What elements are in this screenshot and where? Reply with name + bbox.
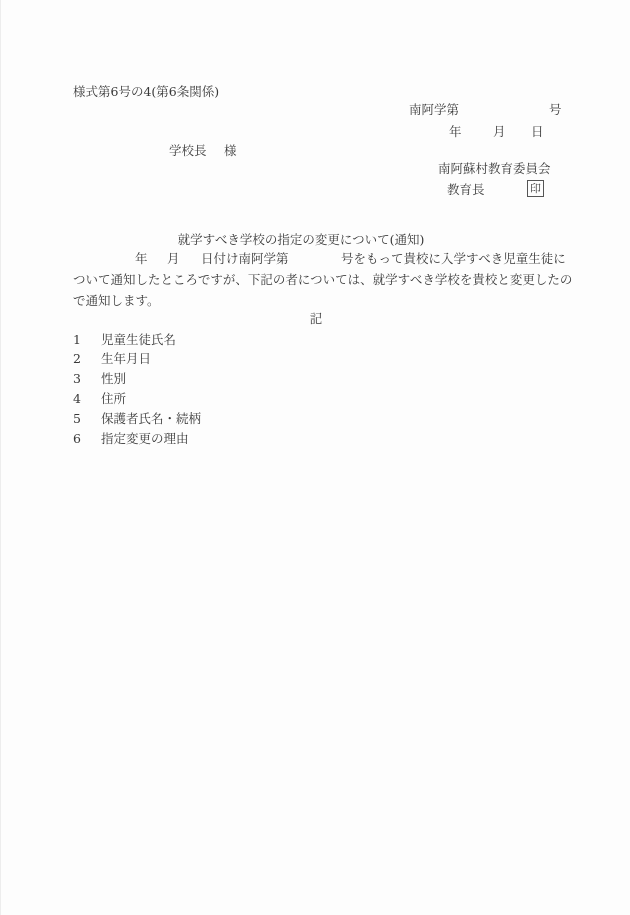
list-item: 4 住所 xyxy=(73,389,201,409)
addressee-title: 学校長 xyxy=(169,145,207,158)
item-number: 6 xyxy=(73,433,101,446)
date-day-label: 日 xyxy=(531,126,544,139)
list-item: 2 生年月日 xyxy=(73,350,201,370)
issuer-position: 教育長 xyxy=(447,184,485,197)
doc-number-unit: 号 xyxy=(549,104,562,117)
body-line1-month: 月 xyxy=(167,253,180,266)
form-number-label: 様式第6号の4(第6条関係) xyxy=(73,86,219,99)
list-item: 3 性別 xyxy=(73,370,201,390)
item-number: 2 xyxy=(73,353,101,366)
list-item: 5 保護者氏名・続柄 xyxy=(73,409,201,429)
subject-title: 就学すべき学校の指定の変更について(通知) xyxy=(1,234,601,247)
body-line3: で通知します。 xyxy=(73,295,160,308)
item-label: 児童生徒氏名 xyxy=(101,334,176,347)
body-line1-day-ref: 日付け南阿学第 xyxy=(201,253,289,266)
addressee-honorific: 様 xyxy=(224,145,237,158)
item-number: 5 xyxy=(73,413,101,426)
record-marker: 記 xyxy=(1,313,630,326)
body-line1-rest: 号をもって貴校に入学すべき児童生徒に xyxy=(341,253,566,266)
item-number: 1 xyxy=(73,334,101,347)
list-item: 6 指定変更の理由 xyxy=(73,429,201,449)
list-item: 1 児童生徒氏名 xyxy=(73,330,201,350)
item-number: 3 xyxy=(73,373,101,386)
item-label: 生年月日 xyxy=(101,353,151,366)
date-year-label: 年 xyxy=(449,126,462,139)
seal-mark-box: 印 xyxy=(527,180,544,197)
doc-number-prefix: 南阿学第 xyxy=(409,104,459,117)
document-page: 様式第6号の4(第6条関係) 南阿学第 号 年 月 日 学校長 様 南阿蘇村教育… xyxy=(0,0,630,915)
date-month-label: 月 xyxy=(493,126,506,139)
item-list: 1 児童生徒氏名 2 生年月日 3 性別 4 住所 5 保護者氏名・続柄 6 指… xyxy=(73,330,201,449)
item-label: 住所 xyxy=(101,393,126,406)
item-label: 指定変更の理由 xyxy=(101,433,189,446)
body-line1-year: 年 xyxy=(135,253,148,266)
issuer-organization: 南阿蘇村教育委員会 xyxy=(438,163,551,176)
body-line2: ついて通知したところですが、下記の者については、就学すべき学校を貴校と変更したの xyxy=(73,274,572,287)
item-label: 保護者氏名・続柄 xyxy=(101,413,201,426)
seal-mark-text: 印 xyxy=(530,183,541,194)
item-number: 4 xyxy=(73,393,101,406)
item-label: 性別 xyxy=(101,373,126,386)
